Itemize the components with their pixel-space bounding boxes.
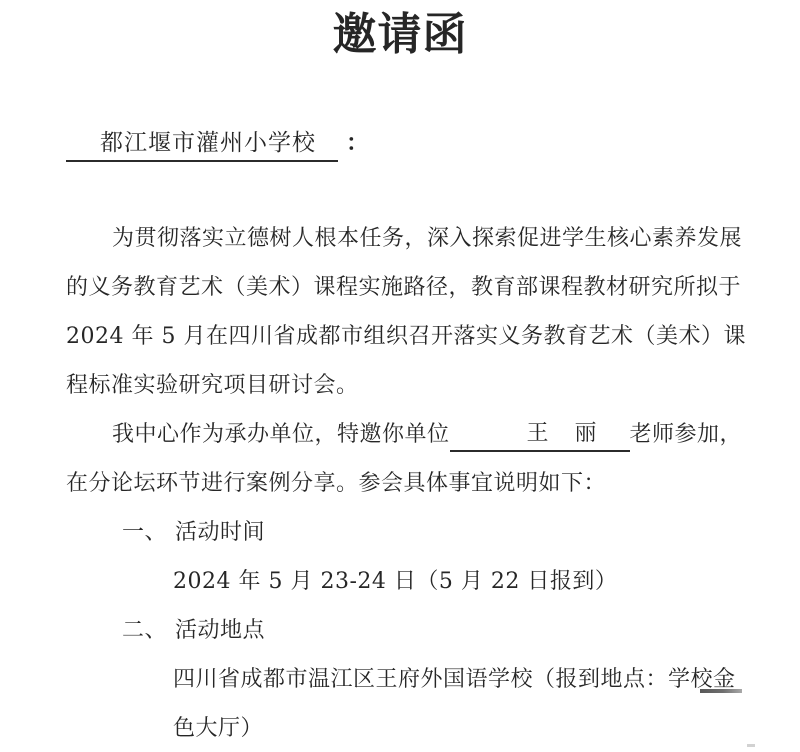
list-item1-title: 活动时间 [175,520,265,545]
salutation-line: 都江堰市灌州小学校： [66,126,800,162]
invite-text-prefix: 我中心作为承办单位，特邀你单位 [112,422,450,447]
paragraph1-line4: 程标准实验研究项目研讨会。 [66,361,740,410]
scan-smudge-artifact [700,689,742,693]
letter-body: 为贯彻落实立德树人根本任务，深入探索促进学生核心素养发展 的义务教育艺术（美术）… [66,214,740,752]
list-item1-detail: 2024 年 5 月 23-24 日（5 月 22 日报到） [66,557,740,606]
list-item2-detail-line2: 色大厅） [66,704,740,752]
list-item1-heading: 一、活动时间 [66,508,740,557]
paragraph1-line1: 为贯彻落实立德树人根本任务，深入探索促进学生核心素养发展 [66,214,740,263]
scan-dot-artifact [747,744,755,747]
salutation-colon: ： [346,129,369,156]
list-item2-heading: 二、活动地点 [66,606,740,655]
invitation-letter-page: 邀请函 都江堰市灌州小学校： 为贯彻落实立德树人根本任务，深入探索促进学生核心素… [0,0,800,752]
list-item2-number: 二、 [122,606,167,655]
recipient-name-underlined: 都江堰市灌州小学校 [66,126,338,162]
list-item2-detail-line1: 四川省成都市温江区王府外国语学校（报到地点：学校金 [66,655,740,704]
invitee-name-underlined: 王 丽 [450,418,630,452]
list-item1-number: 一、 [122,508,167,557]
paragraph1-line3: 2024 年 5 月在四川省成都市组织召开落实义务教育艺术（美术）课 [66,312,740,361]
paragraph2-line1: 我中心作为承办单位，特邀你单位王 丽老师参加， [66,410,740,459]
letter-title: 邀请函 [0,0,800,62]
paragraph2-line2: 在分论坛环节进行案例分享。参会具体事宜说明如下： [66,459,740,508]
paragraph1-line2: 的义务教育艺术（美术）课程实施路径，教育部课程教材研究所拟于 [66,263,740,312]
list-item2-title: 活动地点 [175,618,265,643]
invite-text-suffix: 老师参加， [630,422,743,447]
